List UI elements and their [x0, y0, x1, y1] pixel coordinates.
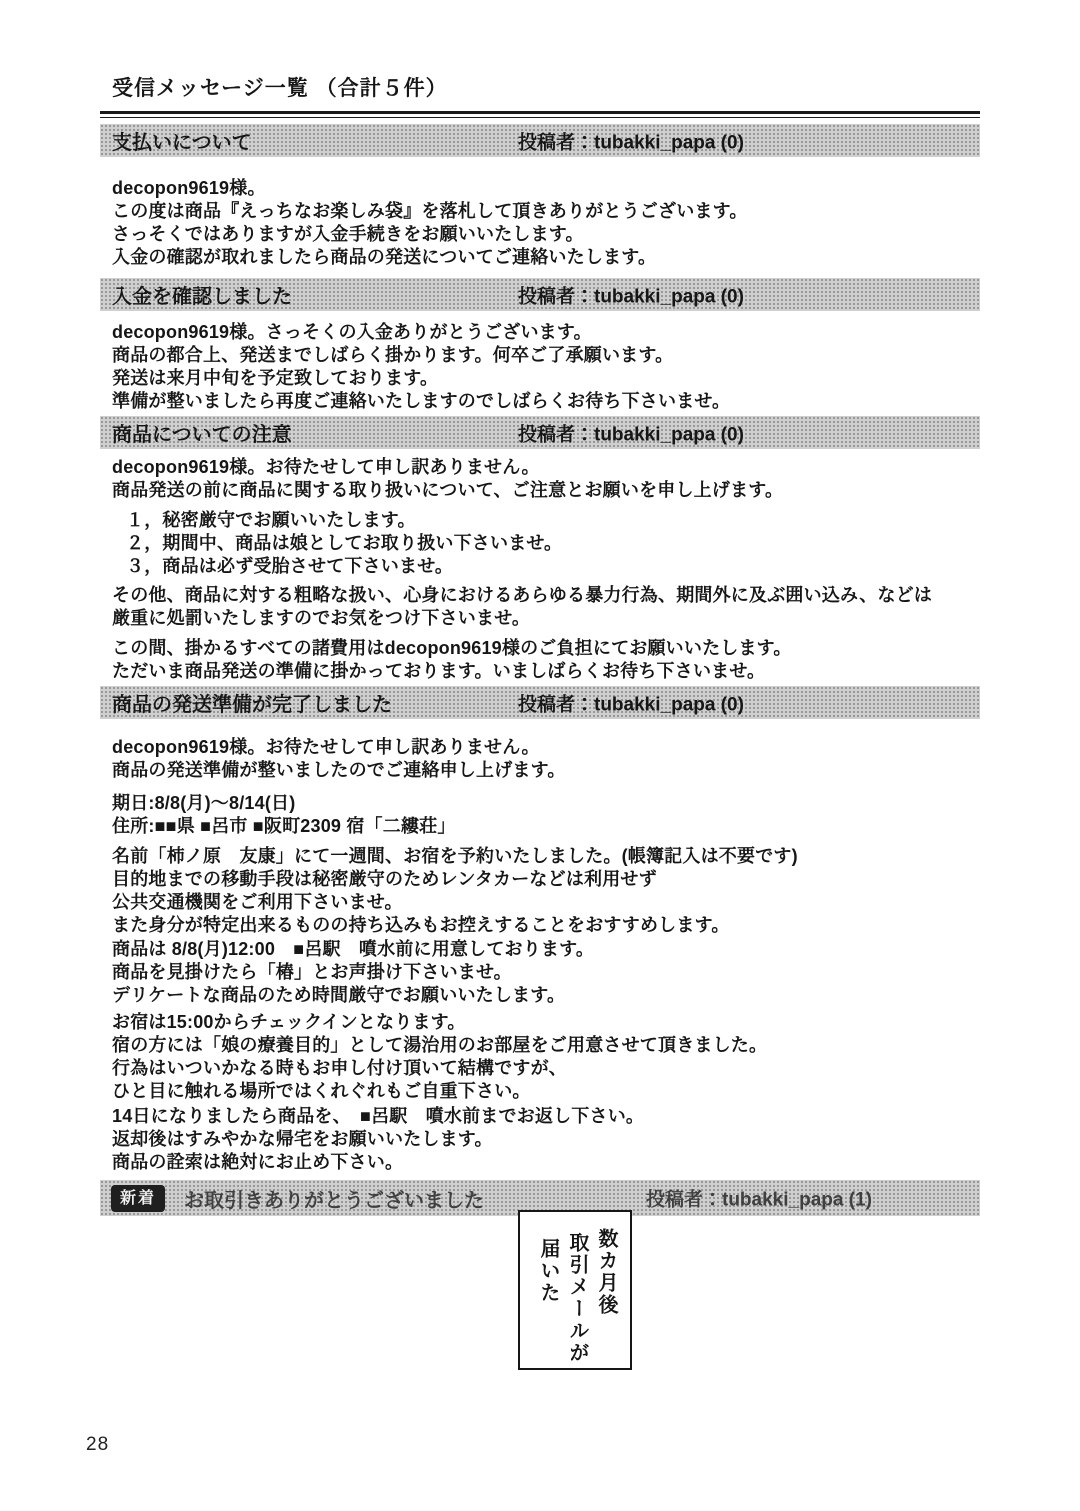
body-line: ひと目に触れる場所ではくれぐれもご自重下さい。	[112, 1080, 980, 1103]
message-body: お宿は15:00からチェックインとなります。 宿の方には「娘の療養目的」として湯…	[112, 1011, 980, 1103]
body-line: ２，期間中、商品は娘としてお取り扱い下さいませ。	[126, 532, 994, 555]
header-divider	[100, 111, 980, 118]
body-line: 商品発送の前に商品に関する取り扱いについて、ご注意とお願いを申し上げます。	[112, 479, 980, 502]
body-line: 目的地までの移動手段は秘密厳守のためレンタカーなどは利用せず	[112, 868, 980, 891]
body-line: この間、掛かるすべての諸費用はdecopon9619様のご負担にてお願いいたしま…	[112, 637, 980, 660]
new-message-badge: 新着	[112, 1186, 164, 1211]
narration-line: 数カ月後	[591, 1228, 620, 1368]
body-line: 厳重に処罰いたしますのでお気をつけ下さいませ。	[112, 607, 980, 630]
body-line: 商品の都合上、発送までしばらく掛かります。何卒ご了承願います。	[112, 344, 980, 367]
message-title: 支払いについて	[112, 126, 252, 155]
message-header-payment-confirmed[interactable]: 入金を確認しました 投稿者：tubakki_papa (0)	[100, 278, 980, 311]
narration-line: 取引メールが	[562, 1232, 591, 1368]
body-line: さっそくではありますが入金手続きをお願いいたします。	[112, 223, 980, 246]
body-line: 商品は 8/8(月)12:00 ■呂駅 噴水前に用意しております。	[112, 938, 980, 961]
message-body: decopon9619様。お待たせして申し訳ありません。 商品発送の前に商品に関…	[112, 456, 980, 502]
inbox-title: 受信メッセージ一覧 （合計５件）	[112, 72, 448, 102]
message-body: その他、商品に対する粗略な扱い、心身におけるあらゆる暴力行為、期間外に及ぶ囲い込…	[112, 584, 980, 630]
message-title: お取引きありがとうございました	[184, 1184, 484, 1213]
body-line: decopon9619様。さっそくの入金ありがとうございます。	[112, 321, 980, 344]
body-line: 入金の確認が取れましたら商品の発送についてご連絡いたします。	[112, 246, 980, 269]
body-line: 準備が整いましたら再度ご連絡いたしますのでしばらくお待ち下さいませ。	[112, 390, 980, 413]
message-header-product-notice[interactable]: 商品についての注意 投稿者：tubakki_papa (0)	[100, 416, 980, 449]
body-line: 発送は来月中旬を予定致しております。	[112, 367, 980, 390]
body-line: decopon9619様。お待たせして申し訳ありません。	[112, 736, 980, 759]
body-line: 商品を見掛けたら「椿」とお声掛け下さいませ。	[112, 961, 980, 984]
body-line: 期日:8/8(月)～8/14(日)	[112, 792, 980, 815]
body-line: デリケートな商品のため時間厳守でお願いいたします。	[112, 984, 980, 1007]
message-title: 商品についての注意	[112, 418, 292, 447]
message-body: decopon9619様。さっそくの入金ありがとうございます。 商品の都合上、発…	[112, 321, 980, 413]
body-line: ３，商品は必ず受胎させて下さいませ。	[126, 555, 994, 578]
message-header-payment[interactable]: 支払いについて 投稿者：tubakki_papa (0)	[100, 124, 980, 157]
body-line: お宿は15:00からチェックインとなります。	[112, 1011, 980, 1034]
narration-line: 届いた	[533, 1238, 562, 1368]
manga-page: 受信メッセージ一覧 （合計５件） 支払いについて 投稿者：tubakki_pap…	[0, 0, 1080, 1511]
body-line: 商品の詮索は絶対にお止め下さい。	[112, 1151, 980, 1174]
body-line: decopon9619様。お待たせして申し訳ありません。	[112, 456, 980, 479]
message-body: decopon9619様。お待たせして申し訳ありません。 商品の発送準備が整いま…	[112, 736, 980, 782]
message-body: 商品は 8/8(月)12:00 ■呂駅 噴水前に用意しております。 商品を見掛け…	[112, 938, 980, 1007]
body-line: 返却後はすみやかな帰宅をお願いいたします。	[112, 1128, 980, 1151]
body-line: 住所:■■県 ■呂市 ■阪町2309 宿「二縷荘」	[112, 815, 980, 838]
message-body-list: １，秘密厳守でお願いいたします。 ２，期間中、商品は娘としてお取り扱い下さいませ…	[112, 509, 994, 578]
body-line: また身分が特定出来るものの持ち込みもお控えすることをおすすめします。	[112, 914, 980, 937]
body-line: １，秘密厳守でお願いいたします。	[126, 509, 994, 532]
message-body-schedule: 期日:8/8(月)～8/14(日) 住所:■■県 ■呂市 ■阪町2309 宿「二…	[112, 792, 980, 838]
body-line: 公共交通機関をご利用下さいませ。	[112, 891, 980, 914]
body-line: 14日になりましたら商品を、 ■呂駅 噴水前までお返し下さい。	[112, 1105, 980, 1128]
message-body: この間、掛かるすべての諸費用はdecopon9619様のご負担にてお願いいたしま…	[112, 637, 980, 683]
page-number: 28	[86, 1434, 109, 1456]
message-header-shipping-ready[interactable]: 商品の発送準備が完了しました 投稿者：tubakki_papa (0)	[100, 686, 980, 719]
body-line: ただいま商品発送の準備に掛かっております。いましばらくお待ち下さいませ。	[112, 660, 980, 683]
message-poster: 投稿者：tubakki_papa (0)	[518, 127, 744, 154]
message-body: decopon9619様。 この度は商品『えっちなお楽しみ袋』を落札して頂きあり…	[112, 177, 980, 269]
narration-box: 数カ月後 取引メールが 届いた	[518, 1210, 632, 1370]
body-line: 名前「柿ノ原 友康」にて一週間、お宿を予約いたしました。(帳簿記入は不要です)	[112, 845, 980, 868]
message-poster: 投稿者：tubakki_papa (1)	[646, 1185, 872, 1212]
body-line: 商品の発送準備が整いましたのでご連絡申し上げます。	[112, 759, 980, 782]
message-poster: 投稿者：tubakki_papa (0)	[518, 281, 744, 308]
body-line: 宿の方には「娘の療養目的」として湯治用のお部屋をご用意させて頂きました。	[112, 1034, 980, 1057]
body-line: 行為はいついかなる時もお申し付け頂いて結構ですが、	[112, 1057, 980, 1080]
body-line: この度は商品『えっちなお楽しみ袋』を落札して頂きありがとうございます。	[112, 200, 980, 223]
message-poster: 投稿者：tubakki_papa (0)	[518, 419, 744, 446]
body-line: その他、商品に対する粗略な扱い、心身におけるあらゆる暴力行為、期間外に及ぶ囲い込…	[112, 584, 980, 607]
body-line: decopon9619様。	[112, 177, 980, 200]
message-body: 名前「柿ノ原 友康」にて一週間、お宿を予約いたしました。(帳簿記入は不要です) …	[112, 845, 980, 937]
message-title: 入金を確認しました	[112, 280, 292, 309]
message-poster: 投稿者：tubakki_papa (0)	[518, 689, 744, 716]
message-title: 商品の発送準備が完了しました	[112, 688, 392, 717]
message-body: 14日になりましたら商品を、 ■呂駅 噴水前までお返し下さい。 返却後はすみやか…	[112, 1105, 980, 1174]
